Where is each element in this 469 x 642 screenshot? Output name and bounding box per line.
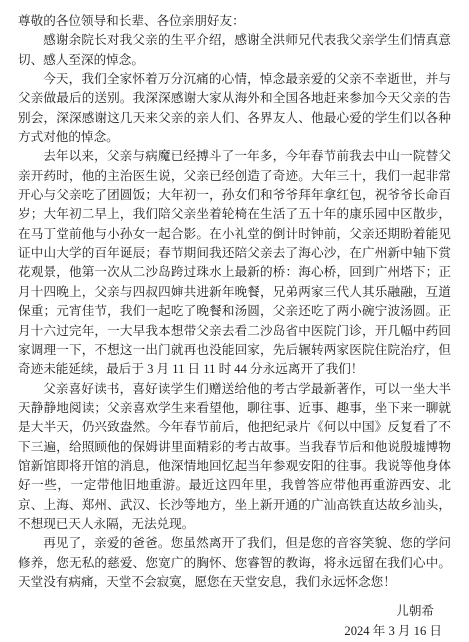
paragraph-mourning: 今天，我们全家怀着万分沉痛的心情，悼念最亲爱的父亲不幸逝世，并与父亲做最后的送别… xyxy=(18,70,451,147)
signature: 儿朝希 xyxy=(18,602,451,621)
date: 2024 年 3 月 16 日 xyxy=(18,622,451,641)
paragraph-thanks: 感谢余院长对我父亲的生平介绍，感谢全洪师兄代表我父亲学生们情真意切、感人至深的悼… xyxy=(18,31,451,70)
paragraph-father-hobbies: 父亲喜好读书，喜好读学生们赠送给他的考古学最新著作，可以一坐大半天静静地阅读；父… xyxy=(18,380,451,535)
letter-body: 尊敬的各位领导和长辈、各位亲朋好友： 感谢余院长对我父亲的生平介绍，感谢全洪师兄… xyxy=(18,12,451,641)
paragraph-farewell: 再见了，亲爱的爸爸。您虽然离开了我们，但是您的音容笑貌、您的学问修养，您无私的慈… xyxy=(18,534,451,592)
eulogy-letter-page: 尊敬的各位领导和长辈、各位亲朋好友： 感谢余院长对我父亲的生平介绍，感谢全洪师兄… xyxy=(0,0,469,642)
paragraph-last-year-memories: 去年以来，父亲与病魔已经搏斗了一年多，今年春节前我去中山一院替父亲开药时，他的主… xyxy=(18,147,451,379)
salutation: 尊敬的各位领导和长辈、各位亲朋好友： xyxy=(18,12,451,31)
signature-block: 儿朝希 2024 年 3 月 16 日 xyxy=(18,602,451,641)
